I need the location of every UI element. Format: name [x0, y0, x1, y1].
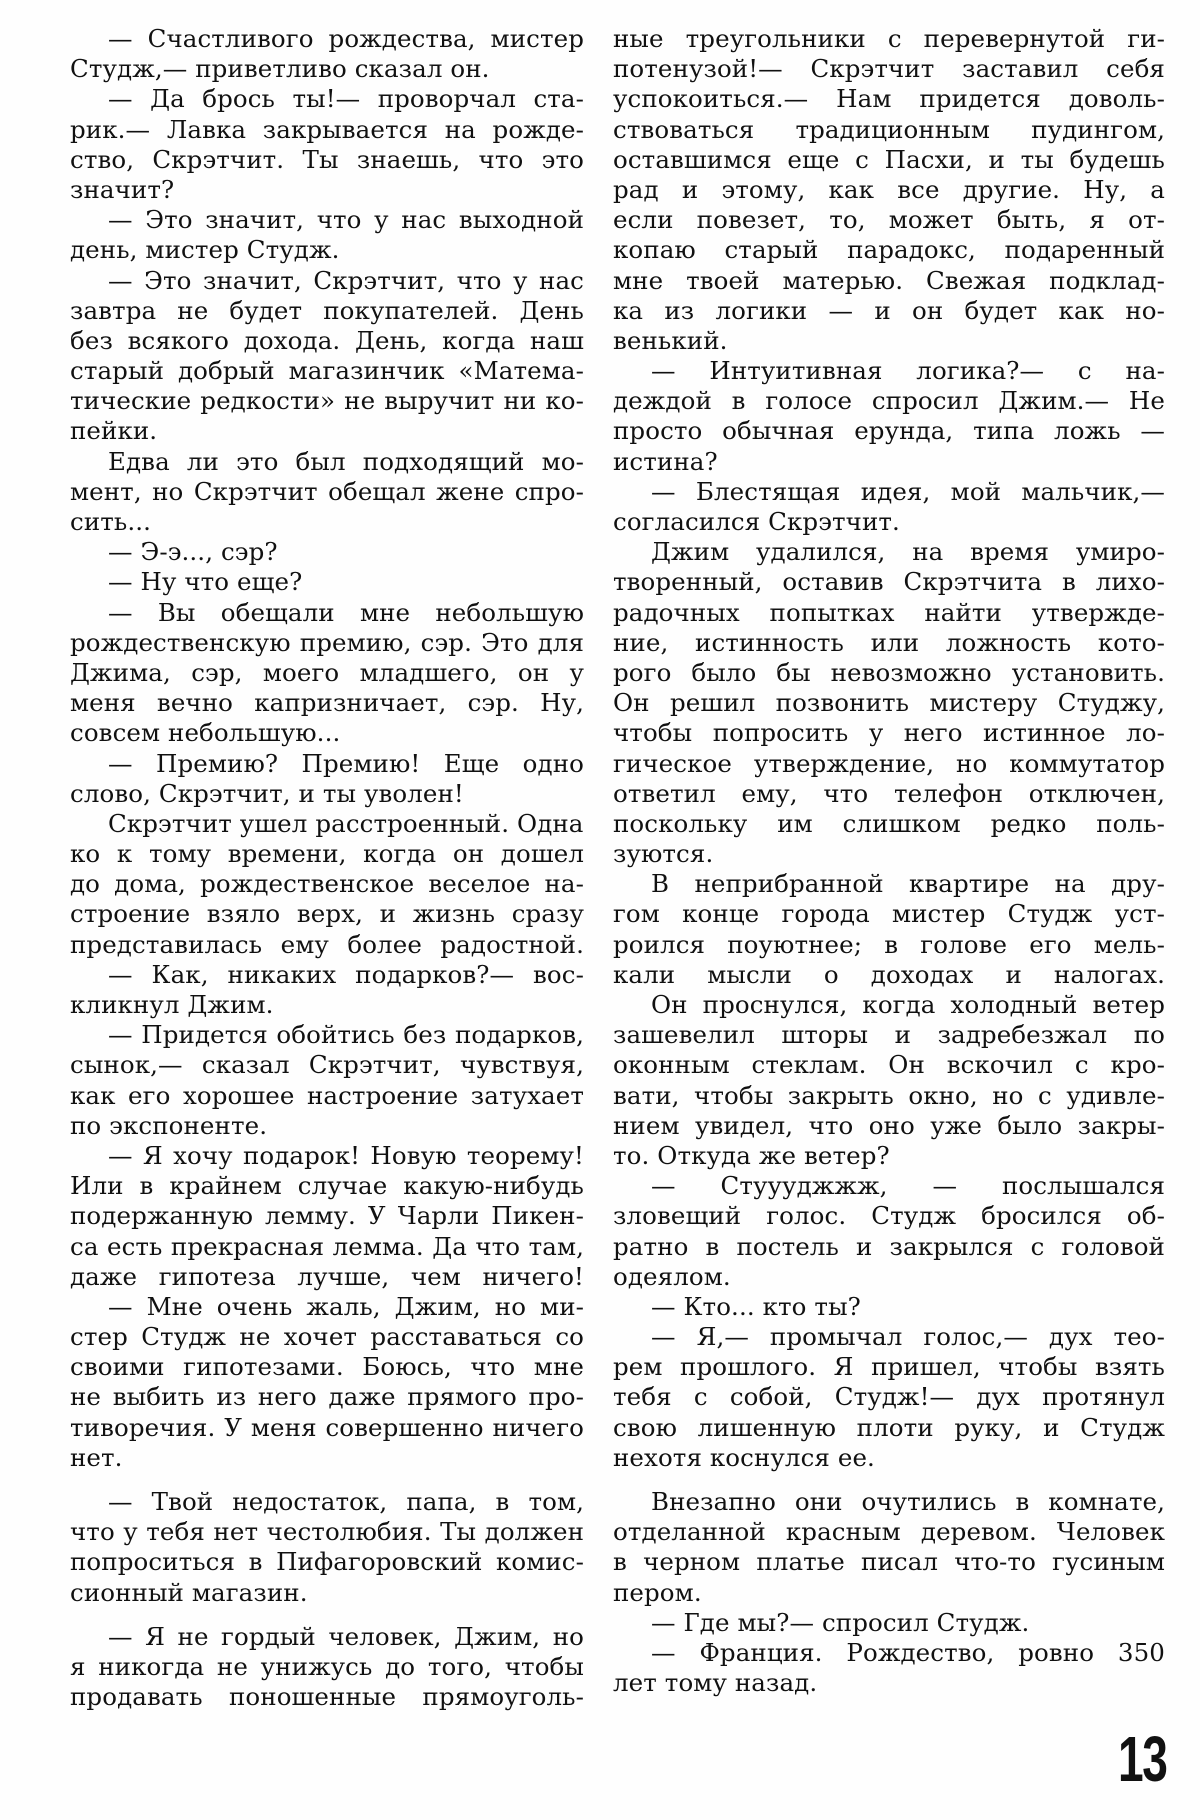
text-line: истина?	[613, 447, 1165, 477]
text-line: ка из логики — и он будет как но-	[613, 296, 1165, 326]
text-line: то. Откуда же ветер?	[613, 1141, 1165, 1171]
text-line: копаю старый парадокс, подаренный	[613, 235, 1165, 265]
right-text-column: ные треугольники с перевернутой ги-потен…	[613, 24, 1165, 1698]
left-text-column: — Счастливого рождества, мистерСтудж,— п…	[70, 24, 584, 1712]
text-line: слово, Скрэтчит, и ты уволен!	[70, 779, 584, 809]
text-line: попроситься в Пифагоровский комис-	[70, 1547, 584, 1577]
text-line: гическое утверждение, но коммутатор	[613, 749, 1165, 779]
text-line: — Где мы?— спросил Студж.	[613, 1608, 1165, 1638]
text-line: нет.	[70, 1443, 584, 1473]
text-line: пейки.	[70, 416, 584, 446]
text-line: ответил ему, что телефон отключен,	[613, 779, 1165, 809]
text-line: — Я хочу подарок! Новую теорему!	[70, 1141, 584, 1171]
text-line: — Стуууджжж, — послышался	[613, 1171, 1165, 1201]
text-line: ные треугольники с перевернутой ги-	[613, 24, 1165, 54]
text-line: творенный, оставив Скрэтчита в лихо-	[613, 567, 1165, 597]
text-line: оконным стеклам. Он вскочил с кро-	[613, 1050, 1165, 1080]
text-line: — Да брось ты!— проворчал ста-	[70, 84, 584, 114]
text-line: — Кто... кто ты?	[613, 1292, 1165, 1322]
text-line: что у тебя нет честолюбия. Ты должен	[70, 1517, 584, 1547]
text-line: В неприбранной квартире на дру-	[613, 869, 1165, 899]
text-line: без всякого дохода. День, когда наш	[70, 326, 584, 356]
text-line: ратно в постель и закрылся с головой	[613, 1232, 1165, 1262]
text-line: — Это значит, Скрэтчит, что у нас	[70, 266, 584, 296]
text-line: са есть прекрасная лемма. Да что там,	[70, 1232, 584, 1262]
text-line: сынок,— сказал Скрэтчит, чувствуя,	[70, 1050, 584, 1080]
text-line: своими гипотезами. Боюсь, что мне	[70, 1352, 584, 1382]
text-line: — Как, никаких подарков?— вос-	[70, 960, 584, 990]
text-line: вати, чтобы закрыть окно, но с удивле-	[613, 1081, 1165, 1111]
text-line: тебя с собой, Студж!— дух протянул	[613, 1382, 1165, 1412]
text-line: отделанной красным деревом. Человек	[613, 1517, 1165, 1547]
text-line: поскольку им слишком редко поль-	[613, 809, 1165, 839]
text-line: кликнул Джим.	[70, 990, 584, 1020]
text-line: зуются.	[613, 839, 1165, 869]
text-line: даже гипотеза лучше, чем ничего!	[70, 1262, 584, 1292]
text-line: — Мне очень жаль, Джим, но ми-	[70, 1292, 584, 1322]
text-line: Едва ли это был подходящий мо-	[70, 447, 584, 477]
text-line: представилась ему более радостной.	[70, 930, 584, 960]
text-line: рик.— Лавка закрывается на рожде-	[70, 115, 584, 145]
text-line: Скрэтчит ушел расстроенный. Одна-	[70, 809, 584, 839]
text-line: ствоваться традиционным пудингом,	[613, 115, 1165, 145]
text-line: — Э-э..., сэр?	[70, 537, 584, 567]
text-line: рад и этому, как все другие. Ну, а	[613, 175, 1165, 205]
text-line: рождественскую премию, сэр. Это для	[70, 628, 584, 658]
text-line: Внезапно они очутились в комнате,	[613, 1487, 1165, 1517]
text-line: в черном платье писал что-то гусиным	[613, 1547, 1165, 1577]
text-line: деждой в голосе спросил Джим.— Не	[613, 386, 1165, 416]
page-number: 13	[1118, 1722, 1166, 1796]
text-line: нием увидел, что оно уже было закры-	[613, 1111, 1165, 1141]
text-line: значит?	[70, 175, 584, 205]
text-line: рем прошлого. Я пришел, чтобы взять	[613, 1352, 1165, 1382]
text-line: — Франция. Рождество, ровно 350	[613, 1638, 1165, 1668]
text-line: день, мистер Студж.	[70, 235, 584, 265]
text-line: чтобы попросить у него истинное ло-	[613, 718, 1165, 748]
text-line: зловещий голос. Студж бросился об-	[613, 1201, 1165, 1231]
text-line: по экспоненте.	[70, 1111, 584, 1141]
text-line: кали мысли о доходах и налогах.	[613, 960, 1165, 990]
text-line: как его хорошее настроение затухает	[70, 1081, 584, 1111]
text-line: подержанную лемму. У Чарли Пикен-	[70, 1201, 584, 1231]
text-line: пером.	[613, 1578, 1165, 1608]
text-line: — Я не гордый человек, Джим, но	[70, 1622, 584, 1652]
text-line: ние, истинность или ложность кото-	[613, 628, 1165, 658]
text-line: мне твоей матерью. Свежая подклад-	[613, 266, 1165, 296]
text-line: меня вечно капризничает, сэр. Ну,	[70, 688, 584, 718]
text-line: нехотя коснулся ее.	[613, 1443, 1165, 1473]
text-line: зашевелил шторы и задребезжал по	[613, 1020, 1165, 1050]
text-line: Джима, сэр, моего младшего, он у	[70, 658, 584, 688]
text-line: до дома, рождественское веселое на-	[70, 869, 584, 899]
text-line: — Ну что еще?	[70, 567, 584, 597]
text-line: мент, но Скрэтчит обещал жене спро-	[70, 477, 584, 507]
text-line: тиворечия. У меня совершенно ничего	[70, 1413, 584, 1443]
text-line: стер Студж не хочет расставаться со	[70, 1322, 584, 1352]
text-line: — Твой недостаток, папа, в том,	[70, 1487, 584, 1517]
text-line: Или в крайнем случае какую-нибудь	[70, 1171, 584, 1201]
text-line: — Счастливого рождества, мистер	[70, 24, 584, 54]
text-line: рого было бы невозможно установить.	[613, 658, 1165, 688]
text-line: строение взяло верх, и жизнь сразу	[70, 899, 584, 929]
text-line: Он решил позвонить мистеру Студжу,	[613, 688, 1165, 718]
text-line: просто обычная ерунда, типа ложь —	[613, 416, 1165, 446]
text-line: — Придется обойтись без подарков,	[70, 1020, 584, 1050]
text-line: — Вы обещали мне небольшую	[70, 598, 584, 628]
text-line: совсем небольшую...	[70, 718, 584, 748]
text-line: сить...	[70, 507, 584, 537]
text-line: старый добрый магазинчик «Матема-	[70, 356, 584, 386]
text-line: лет тому назад.	[613, 1668, 1165, 1698]
text-line: успокоиться.— Нам придется доволь-	[613, 84, 1165, 114]
text-line: — Блестящая идея, мой мальчик,—	[613, 477, 1165, 507]
text-line: — Я,— промычал голос,— дух тео-	[613, 1322, 1165, 1352]
text-line: Джим удалился, на время умиро-	[613, 537, 1165, 567]
text-line: Студж,— приветливо сказал он.	[70, 54, 584, 84]
text-line: тические редкости» не выручит ни ко-	[70, 386, 584, 416]
text-line: ко к тому времени, когда он дошел	[70, 839, 584, 869]
text-line: венький.	[613, 326, 1165, 356]
text-line: одеялом.	[613, 1262, 1165, 1292]
text-line: роился поуютнее; в голове его мель-	[613, 930, 1165, 960]
text-line: — Интуитивная логика?— с на-	[613, 356, 1165, 386]
text-line: свою лишенную плоти руку, и Студж	[613, 1413, 1165, 1443]
magazine-page: — Счастливого рождества, мистерСтудж,— п…	[0, 0, 1200, 1820]
text-line: гом конце города мистер Студж уст-	[613, 899, 1165, 929]
text-line: согласился Скрэтчит.	[613, 507, 1165, 537]
text-line: потенузой!— Скрэтчит заставил себя	[613, 54, 1165, 84]
text-line: — Премию? Премию! Еще одно	[70, 749, 584, 779]
text-line: завтра не будет покупателей. День	[70, 296, 584, 326]
text-line: — Это значит, что у нас выходной	[70, 205, 584, 235]
text-line: не выбить из него даже прямого про-	[70, 1382, 584, 1412]
text-line: оставшимся еще с Пасхи, и ты будешь	[613, 145, 1165, 175]
text-line: продавать поношенные прямоуголь-	[70, 1682, 584, 1712]
text-line: радочных попытках найти утвержде-	[613, 598, 1165, 628]
text-line: если повезет, то, может быть, я от-	[613, 205, 1165, 235]
text-line: ство, Скрэтчит. Ты знаешь, что это	[70, 145, 584, 175]
text-line: сионный магазин.	[70, 1578, 584, 1608]
text-line: Он проснулся, когда холодный ветер	[613, 990, 1165, 1020]
text-line: я никогда не унижусь до того, чтобы	[70, 1652, 584, 1682]
